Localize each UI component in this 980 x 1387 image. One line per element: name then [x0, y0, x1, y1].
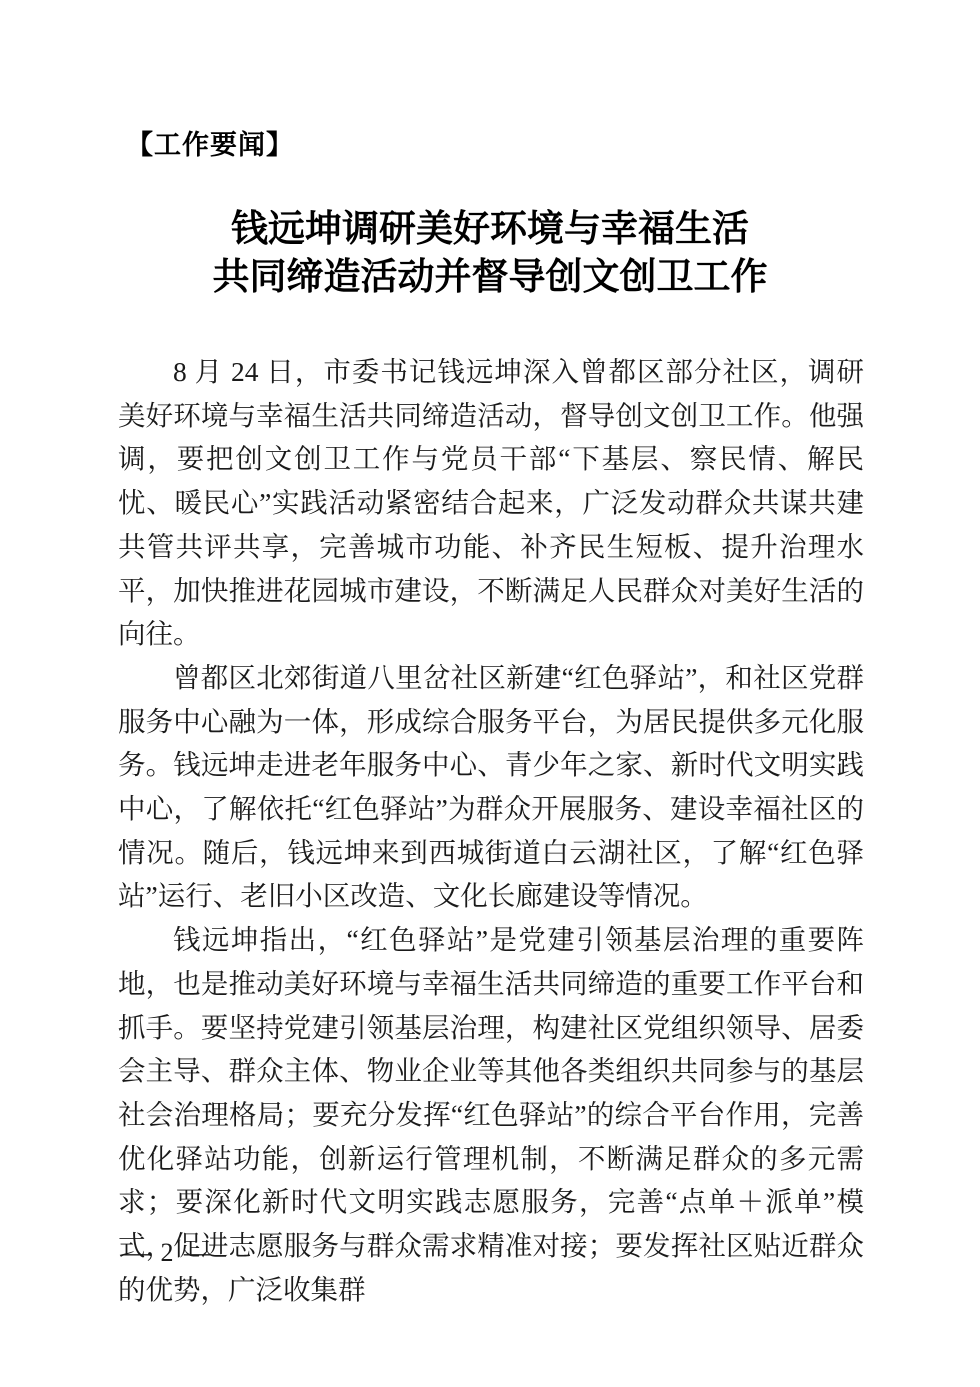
- document-page: 【工作要闻】 钱远坤调研美好环境与幸福生活 共同缔造活动并督导创文创卫工作 8 …: [0, 0, 980, 1387]
- paragraph-2: 曾都区北郊街道八里岔社区新建“红色驿站”，和社区党群服务中心融为一体，形成综合服…: [118, 656, 864, 918]
- paragraph-1: 8 月 24 日，市委书记钱远坤深入曾都区部分社区，调研美好环境与幸福生活共同缔…: [118, 350, 864, 656]
- document-title: 钱远坤调研美好环境与幸福生活 共同缔造活动并督导创文创卫工作: [0, 206, 980, 302]
- title-line-2: 共同缔造活动并督导创文创卫工作: [0, 254, 980, 302]
- paragraph-3: 钱远坤指出，“红色驿站”是党建引领基层治理的重要阵地，也是推动美好环境与幸福生活…: [118, 918, 864, 1311]
- page-number: — 2 —: [124, 1237, 212, 1269]
- document-body: 8 月 24 日，市委书记钱远坤深入曾都区部分社区，调研美好环境与幸福生活共同缔…: [118, 350, 864, 1311]
- title-line-1: 钱远坤调研美好环境与幸福生活: [0, 206, 980, 254]
- section-header: 【工作要闻】: [126, 129, 294, 161]
